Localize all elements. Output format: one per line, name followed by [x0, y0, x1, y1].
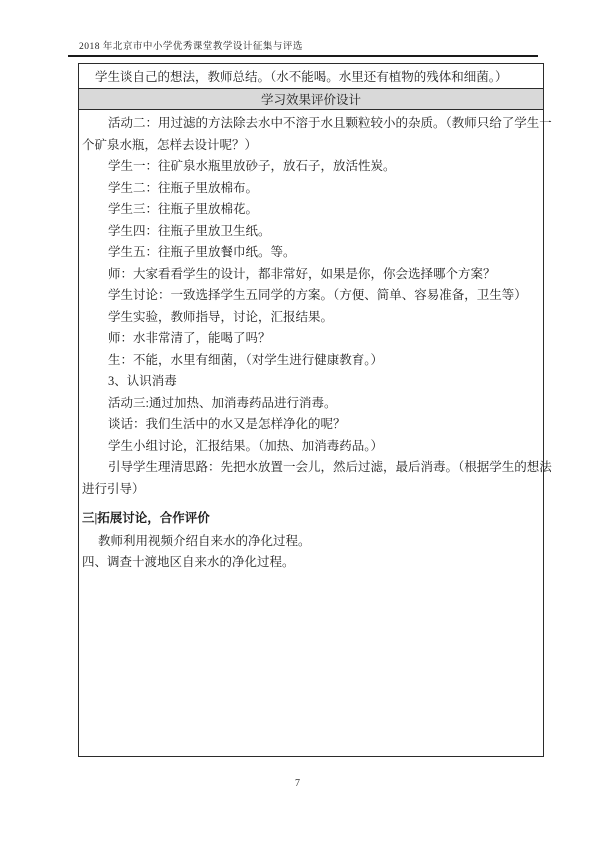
- running-header: 2018 年北京市中小学优秀课堂教学设计征集与评选: [68, 38, 538, 57]
- document-page: 2018 年北京市中小学优秀课堂教学设计征集与评选 学生谈自己的想法，教师总结。…: [0, 0, 595, 842]
- body-line: 学生三：往瓶子里放棉花。: [82, 199, 540, 221]
- body-line: 学生四：往瓶子里放卫生纸。: [82, 221, 540, 243]
- body-line: 生：不能，水里有细菌，（对学生进行健康教育。）: [82, 350, 540, 372]
- body-line: 3、认识消毒: [82, 371, 540, 393]
- body-line: 学生二：往瓶子里放棉布。: [82, 178, 540, 200]
- body-line: 学生讨论：一致选择学生五同学的方案。（方便、简单、容易准备，卫生等）: [82, 285, 540, 307]
- body-line: 活动三:通过加热、加消毒药品进行消毒。: [82, 393, 540, 415]
- body-line: 引导学生理清思路：先把水放置一会儿，然后过滤，最后消毒。（根据学生的想法: [82, 457, 540, 479]
- body-line: 个矿泉水瓶，怎样去设计呢？）: [82, 135, 540, 157]
- body-line: 学生小组讨论，汇报结果。（加热、加消毒药品。）: [82, 436, 540, 458]
- body-line: 学生五：往瓶子里放餐巾纸。等。: [82, 242, 540, 264]
- page-number: 7: [0, 778, 595, 789]
- body-line: 活动二：用过滤的方法除去水中不溶于水且颗粒较小的杂质。（教师只给了学生一: [82, 113, 540, 135]
- table-row-summary: 学生谈自己的想法，教师总结。（水不能喝。水里还有植物的残体和细菌。）: [79, 64, 543, 89]
- body-line: 进行引导）: [82, 479, 540, 501]
- section-header-label: 学习效果评价设计: [261, 90, 361, 108]
- body-line: 师：水非常清了，能喝了吗？: [82, 328, 540, 350]
- body-line: 师：大家看看学生的设计，都非常好，如果是你，你会选择哪个方案？: [82, 264, 540, 286]
- running-header-title: 2018 年北京市中小学优秀课堂教学设计征集与评选: [68, 38, 538, 52]
- table-row-body: 活动二：用过滤的方法除去水中不溶于水且颗粒较小的杂质。（教师只给了学生一 个矿泉…: [79, 110, 543, 574]
- body-line: 学生实验，教师指导，讨论，汇报结果。: [82, 307, 540, 329]
- body-line: 学生一：往矿泉水瓶里放砂子，放石子，放活性炭。: [82, 156, 540, 178]
- table-row-section-header: 学习效果评价设计: [79, 89, 543, 110]
- body-line: 谈话：我们生活中的水又是怎样净化的呢？: [82, 414, 540, 436]
- body-line: 四、调查十渡地区自来水的净化过程。: [82, 552, 540, 574]
- body-line: 教师利用视频介绍自来水的净化过程。: [82, 531, 540, 553]
- section-heading-extend-discussion: 三|拓展讨论，合作评价: [82, 508, 540, 530]
- lesson-plan-table: 学生谈自己的想法，教师总结。（水不能喝。水里还有植物的残体和细菌。） 学习效果评…: [78, 63, 544, 757]
